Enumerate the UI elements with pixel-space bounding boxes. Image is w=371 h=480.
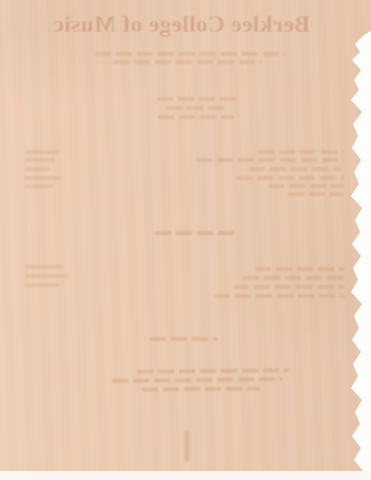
ghost-list-right (268, 184, 344, 188)
ghost-intermission-line (155, 231, 237, 235)
ghost-footer-line (112, 377, 282, 383)
ghost-list-right (214, 294, 345, 298)
smudge-mark (185, 431, 189, 462)
ghost-small-center-line (150, 337, 218, 341)
ghost-list-left (25, 283, 59, 287)
ghost-list-left (25, 265, 63, 269)
ghost-list-left (25, 176, 61, 180)
paper-sheet: Berklee College of Music (0, 0, 371, 471)
deckle-torn-edge (349, 30, 371, 471)
ghost-center-line (166, 106, 226, 110)
ghost-list-left (25, 274, 69, 278)
ghost-footer-line (137, 368, 289, 374)
ghost-list-right (236, 176, 344, 180)
ghost-list-right (249, 167, 341, 171)
ghost-list-right (288, 192, 344, 196)
scanner-background (0, 471, 371, 480)
mirrored-bleed-through-title: Berklee College of Music (0, 12, 363, 38)
ghost-subtitle-line (113, 60, 262, 64)
ghost-list-right (255, 267, 345, 271)
ghost-list-right (258, 150, 344, 154)
ghost-footer-line (142, 386, 260, 391)
ghost-center-line (158, 115, 234, 119)
ghost-list-right (233, 285, 345, 289)
ghost-list-left (25, 158, 55, 162)
scanned-page: Berklee College of Music (0, 0, 371, 480)
ghost-subtitle-line (95, 52, 285, 56)
ghost-list-right (243, 276, 345, 280)
ghost-list-left (25, 150, 59, 154)
ghost-center-line (157, 97, 237, 101)
ghost-list-left (25, 167, 51, 171)
ghost-list-left (25, 184, 53, 188)
ghost-list-right (196, 158, 344, 162)
